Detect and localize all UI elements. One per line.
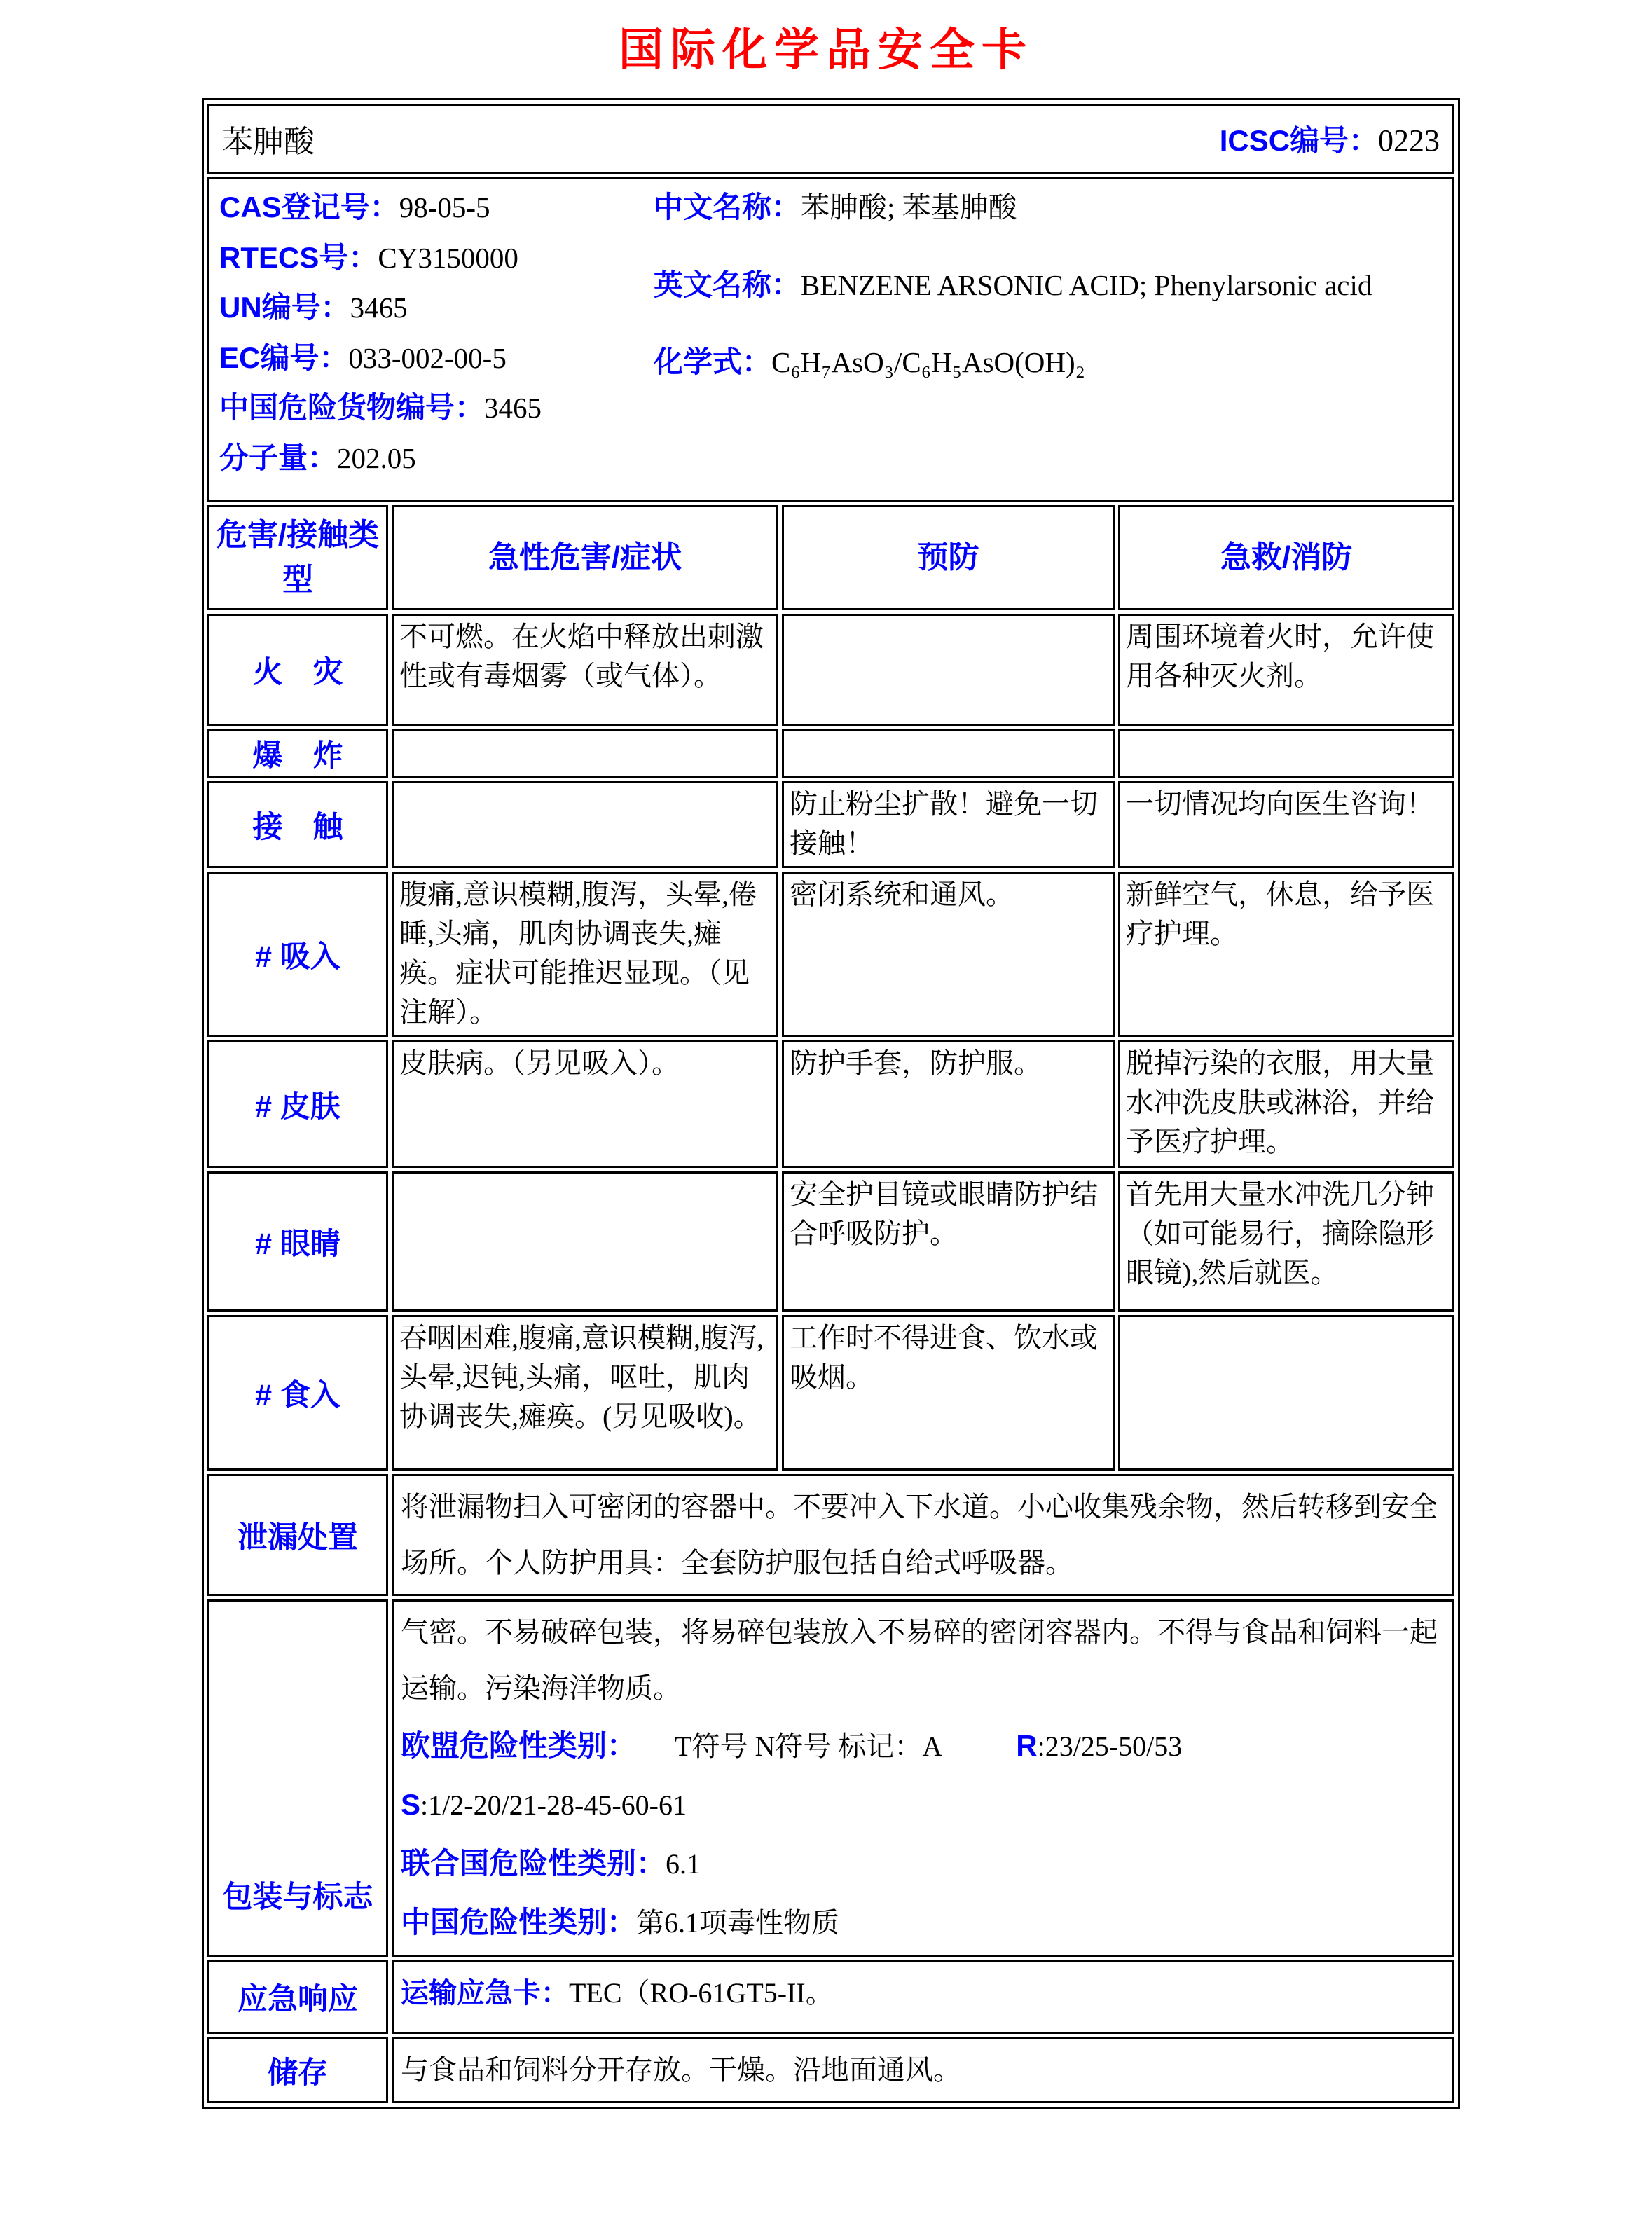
english-name-value: BENZENE ARSONIC ACID; Phenylarsonic acid — [801, 269, 1372, 301]
eyes-symptoms-cell — [392, 1171, 778, 1312]
skin-prevention-cell: 防护手套，防护服。 — [782, 1040, 1115, 1168]
eu-hazard-class-label: 欧盟危险性类别： — [401, 1729, 636, 1762]
un-hazard-class-value: 6.1 — [666, 1848, 701, 1880]
eu-hazard-class-value: T符号 N符号 标记：A — [675, 1730, 942, 1762]
s-phrases-label: S — [401, 1788, 420, 1821]
un-label: UN编号： — [219, 291, 350, 324]
transport-card-value: TEC（RO-61GT5-II。 — [569, 1977, 834, 2009]
rtecs-value: CY3150000 — [378, 242, 518, 274]
china-hazard-class-label: 中国危险性类别： — [401, 1906, 636, 1939]
fire-row: 火 灾 不可燃。在火焰中释放出刺激性或有毒烟雾（或气体）。 周围环境着火时，允许… — [207, 614, 1454, 726]
header-hazard-type: 危害/接触类型 — [207, 505, 388, 610]
un-hazard-class-label: 联合国危险性类别： — [401, 1847, 666, 1880]
exposure-prevention-cell: 防止粉尘扩散！避免一切接触！ — [782, 781, 1115, 868]
explosion-firstaid-cell — [1118, 729, 1454, 778]
header-first-aid: 急救/消防 — [1118, 505, 1454, 610]
china-dg-value: 3465 — [484, 392, 542, 424]
storage-label: 储存 — [207, 2037, 388, 2103]
spill-label: 泄漏处置 — [207, 1474, 388, 1596]
s-phrases-line: S:1/2-20/21-28-45-60-61 — [401, 1775, 1445, 1834]
ingestion-firstaid-cell — [1118, 1315, 1454, 1471]
chinese-name-value: 苯胂酸; 苯基胂酸 — [801, 191, 1017, 223]
formula-label: 化学式： — [654, 345, 771, 378]
exposure-row: 接 触 防止粉尘扩散！避免一切接触！ 一切情况均向医生咨询！ — [207, 781, 1454, 868]
ingestion-prevention-cell: 工作时不得进食、饮水或吸烟。 — [782, 1315, 1115, 1471]
header-prevention: 预防 — [782, 505, 1115, 610]
molweight-label: 分子量： — [219, 441, 337, 474]
r-phrases-value: :23/25-50/53 — [1038, 1730, 1183, 1762]
english-name-field: 英文名称：BENZENE ARSONIC ACID; Phenylarsonic… — [654, 267, 1448, 304]
transport-card-label: 运输应急卡： — [401, 1978, 569, 2009]
explosion-label: 爆 炸 — [207, 729, 388, 778]
un-hazard-class-line: 联合国危险性类别：6.1 — [401, 1834, 1445, 1893]
table-header-row: 危害/接触类型 急性危害/症状 预防 急救/消防 — [207, 505, 1454, 610]
icsc-number: 0223 — [1378, 123, 1440, 158]
inhalation-symptoms-cell: 腹痛,意识模糊,腹泻，头晕,倦睡,头痛，肌肉协调丧失,瘫痪。症状可能推迟显现。（… — [392, 872, 778, 1037]
emergency-label: 应急响应 — [207, 1960, 388, 2034]
skin-label: # 皮肤 — [207, 1040, 388, 1168]
skin-firstaid-cell: 脱掉污染的衣服，用大量水冲洗皮肤或淋浴，并给予医疗护理。 — [1118, 1040, 1454, 1168]
emergency-row: 应急响应 运输应急卡：TEC（RO-61GT5-II。 — [207, 1960, 1454, 2034]
card-header-row: 苯胂酸 ICSC编号：0223 — [207, 104, 1454, 174]
cas-label: CAS登记号： — [219, 191, 399, 223]
eyes-label: # 眼睛 — [207, 1171, 388, 1312]
chinese-name-label: 中文名称： — [654, 191, 801, 223]
chemical-name: 苯胂酸 — [222, 116, 315, 161]
packaging-label: 包装与标志 — [207, 1599, 388, 1957]
eyes-firstaid-cell: 首先用大量水冲洗几分钟（如可能易行，摘除隐形眼镜),然后就医。 — [1118, 1171, 1454, 1312]
packaging-row: 包装与标志 气密。不易破碎包装，将易碎包装放入不易碎的密闭容器内。不得与食品和饲… — [207, 1599, 1454, 1957]
exposure-label: 接 触 — [207, 781, 388, 868]
inhalation-label: # 吸入 — [207, 872, 388, 1037]
identifiers-right-column: 中文名称：苯胂酸; 苯基胂酸 英文名称：BENZENE ARSONIC ACID… — [654, 189, 1448, 490]
rtecs-label: RTECS号： — [219, 241, 378, 274]
emergency-cell: 运输应急卡：TEC（RO-61GT5-II。 — [392, 1960, 1454, 2034]
spill-text-cell: 将泄漏物扫入可密闭的容器中。不要冲入下水道。小心收集残余物，然后转移到安全场所。… — [392, 1474, 1454, 1596]
china-hazard-class-value: 第6.1项毒性物质 — [636, 1907, 839, 1939]
cas-value: 98-05-5 — [399, 191, 490, 223]
molweight-field: 分子量：202.05 — [219, 440, 654, 477]
page-title: 国际化学品安全卡 — [0, 0, 1652, 78]
identifiers-cell: CAS登记号：98-05-5 RTECS号：CY3150000 UN编号：346… — [207, 177, 1454, 502]
inhalation-firstaid-cell: 新鲜空气，休息，给予医疗护理。 — [1118, 872, 1454, 1037]
inhalation-prevention-cell: 密闭系统和通风。 — [782, 872, 1115, 1037]
skin-row: # 皮肤 皮肤病。（另见吸入）。 防护手套，防护服。 脱掉污染的衣服，用大量水冲… — [207, 1040, 1454, 1168]
fire-label: 火 灾 — [207, 614, 388, 726]
packaging-cell: 气密。不易破碎包装，将易碎包装放入不易碎的密闭容器内。不得与食品和饲料一起运输。… — [392, 1599, 1454, 1957]
formula-value: C₆H₇AsO₃/C₆H₅AsO(OH)₂ — [771, 346, 1085, 378]
english-name-label: 英文名称： — [654, 268, 801, 301]
icsc-label: ICSC编号： — [1220, 124, 1378, 157]
molweight-value: 202.05 — [337, 442, 416, 474]
un-value: 3465 — [350, 291, 408, 324]
safety-card-table: 苯胂酸 ICSC编号：0223 CAS登记号：98-05-5 RTECS号：CY… — [202, 98, 1460, 2109]
storage-row: 储存 与食品和饲料分开存放。干燥。沿地面通风。 — [207, 2037, 1454, 2103]
spill-row: 泄漏处置 将泄漏物扫入可密闭的容器中。不要冲入下水道。小心收集残余物，然后转移到… — [207, 1474, 1454, 1596]
icsc-number-group: ICSC编号：0223 — [1220, 118, 1440, 160]
ec-field: EC编号：033-002-00-5 — [219, 340, 654, 377]
storage-text-cell: 与食品和饲料分开存放。干燥。沿地面通风。 — [392, 2037, 1454, 2103]
ec-label: EC编号： — [219, 341, 348, 374]
cas-field: CAS登记号：98-05-5 — [219, 189, 654, 226]
eyes-prevention-cell: 安全护目镜或眼睛防护结合呼吸防护。 — [782, 1171, 1115, 1312]
eu-hazard-class-line: 欧盟危险性类别：T符号 N符号 标记：AR:23/25-50/53 — [401, 1716, 1445, 1775]
ingestion-label: # 食入 — [207, 1315, 388, 1471]
fire-prevention-cell — [782, 614, 1115, 726]
card-header-cell: 苯胂酸 ICSC编号：0223 — [207, 104, 1454, 174]
ec-value: 033-002-00-5 — [348, 342, 506, 374]
skin-symptoms-cell: 皮肤病。（另见吸入）。 — [392, 1040, 778, 1168]
china-dg-label: 中国危险货物编号： — [219, 391, 484, 424]
formula-field: 化学式：C₆H₇AsO₃/C₆H₅AsO(OH)₂ — [654, 344, 1448, 381]
header-acute-hazards: 急性危害/症状 — [392, 505, 778, 610]
s-phrases-value: :1/2-20/21-28-45-60-61 — [420, 1789, 687, 1821]
ingestion-row: # 食入 吞咽困难,腹痛,意识模糊,腹泻,头晕,迟钝,头痛，呕吐，肌肉协调丧失,… — [207, 1315, 1454, 1471]
fire-firstaid-cell: 周围环境着火时，允许使用各种灭火剂。 — [1118, 614, 1454, 726]
explosion-prevention-cell — [782, 729, 1115, 778]
identifiers-left-column: CAS登记号：98-05-5 RTECS号：CY3150000 UN编号：346… — [219, 189, 654, 490]
packaging-text: 气密。不易破碎包装，将易碎包装放入不易碎的密闭容器内。不得与食品和饲料一起运输。… — [401, 1604, 1445, 1716]
r-phrases-label: R — [1016, 1729, 1037, 1762]
exposure-firstaid-cell: 一切情况均向医生咨询！ — [1118, 781, 1454, 868]
explosion-symptoms-cell — [392, 729, 778, 778]
fire-symptoms-cell: 不可燃。在火焰中释放出刺激性或有毒烟雾（或气体）。 — [392, 614, 778, 726]
ingestion-symptoms-cell: 吞咽困难,腹痛,意识模糊,腹泻,头晕,迟钝,头痛，呕吐，肌肉协调丧失,瘫痪。(另… — [392, 1315, 778, 1471]
explosion-row: 爆 炸 — [207, 729, 1454, 778]
rtecs-field: RTECS号：CY3150000 — [219, 240, 654, 277]
identifiers-row: CAS登记号：98-05-5 RTECS号：CY3150000 UN编号：346… — [207, 177, 1454, 502]
inhalation-row: # 吸入 腹痛,意识模糊,腹泻，头晕,倦睡,头痛，肌肉协调丧失,瘫痪。症状可能推… — [207, 872, 1454, 1037]
exposure-symptoms-cell — [392, 781, 778, 868]
chinese-name-field: 中文名称：苯胂酸; 苯基胂酸 — [654, 189, 1448, 226]
un-field: UN编号：3465 — [219, 289, 654, 326]
china-hazard-class-line: 中国危险性类别：第6.1项毒性物质 — [401, 1893, 1445, 1952]
eyes-row: # 眼睛 安全护目镜或眼睛防护结合呼吸防护。 首先用大量水冲洗几分钟（如可能易行… — [207, 1171, 1454, 1312]
china-dg-field: 中国危险货物编号：3465 — [219, 390, 654, 427]
